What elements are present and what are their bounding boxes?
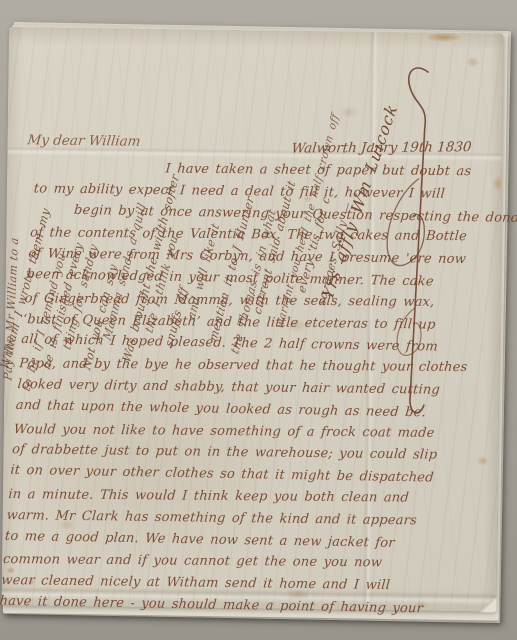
body-line: I have taken a sheet of paper but doubt … [34,160,514,186]
letter-photo: William I wrote them my to be if I remin… [0,0,517,640]
margin-note: Pay the Mr William to a [1,236,21,381]
body-line: Papa, and by the bye he observed that he… [18,356,498,382]
body-line: common wear and if you cannot get the on… [2,552,482,578]
bent-corner [480,598,496,612]
dateline: Walworth Janry 19th 1830 [291,139,473,156]
body-line: of Gingerbread from Mamma, with the seal… [24,291,504,317]
letter-body: I have taken a sheet of paper but doubt … [0,159,514,623]
salutation: My dear William [27,132,142,149]
body-line: Would you not like to have something of … [13,422,493,448]
letter-page: William I wrote them my to be if I remin… [1,27,503,611]
body-line: in a minute. This would I think keep you… [7,487,487,513]
